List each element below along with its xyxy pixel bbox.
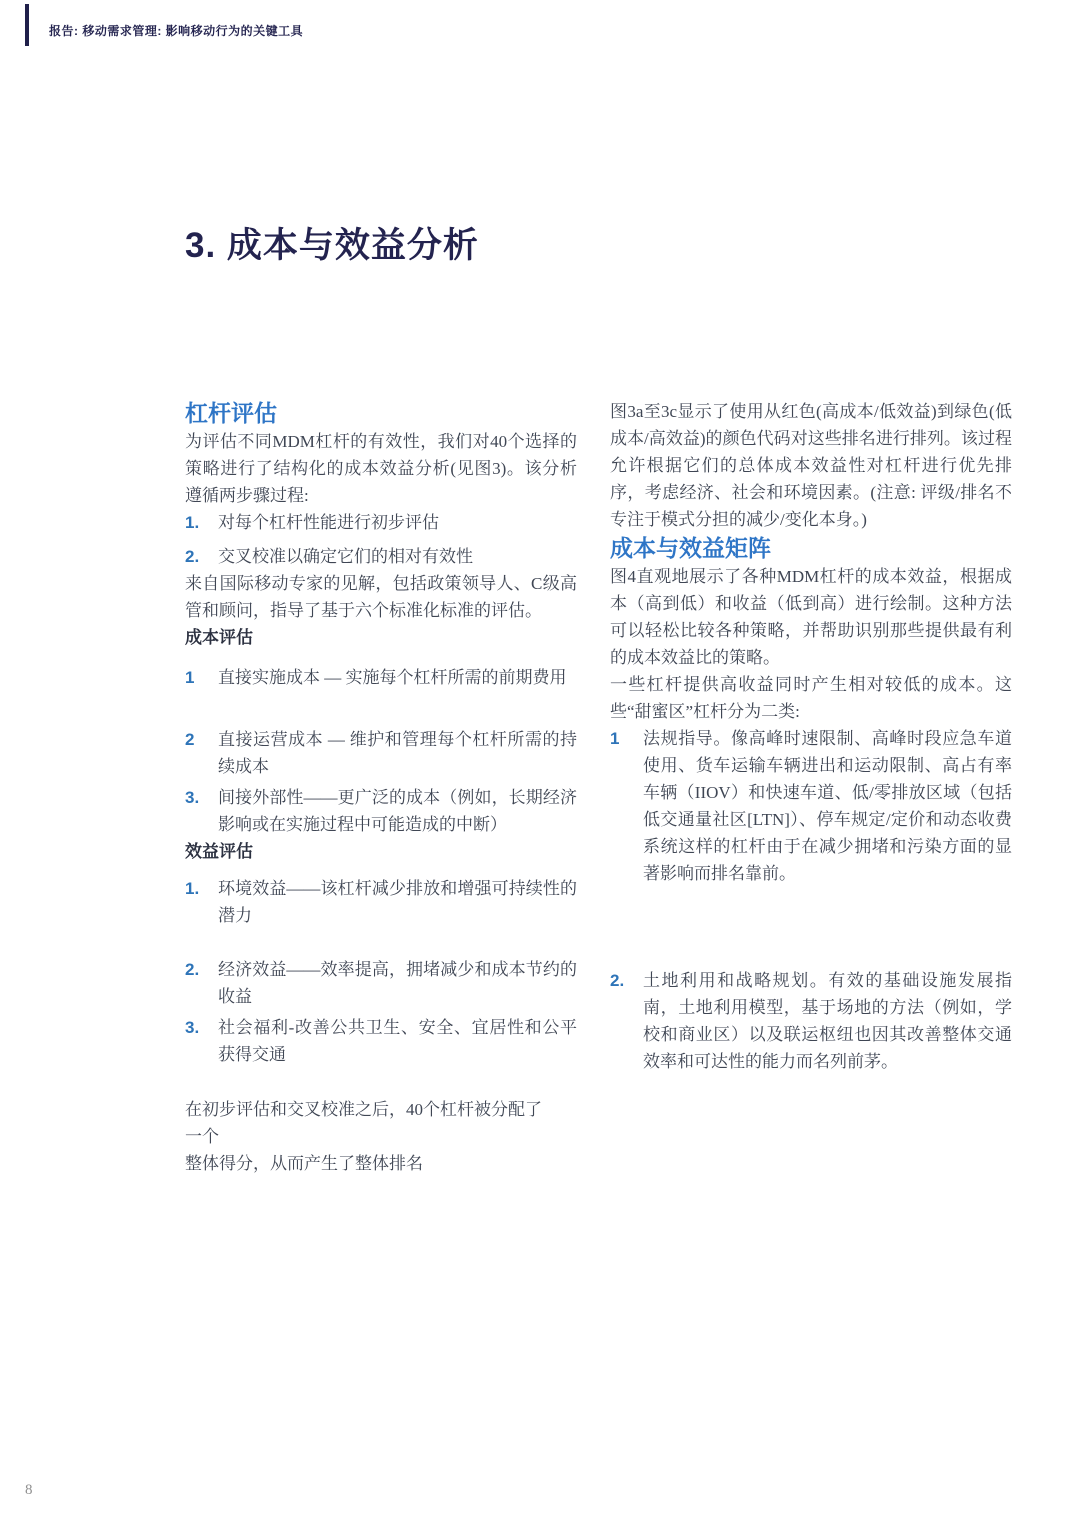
list-number: 2. <box>185 956 218 1010</box>
list-number: 2. <box>185 543 218 570</box>
list-item: 1 直接实施成本 — 实施每个杠杆所需的前期费用 <box>185 664 577 691</box>
closing-line: 整体得分，从而产生了整体排名 <box>185 1150 577 1177</box>
section-heading-lever-assessment: 杠杆评估 <box>185 398 577 428</box>
list-number: 2. <box>610 967 643 1075</box>
report-header-label: 报告: 移动需求管理: 影响移动行为的关键工具 <box>49 22 303 39</box>
closing-line: 在初步评估和交叉校准之后，40个杠杆被分配了 <box>185 1096 577 1123</box>
left-column: 杠杆评估 为评估不同MDM杠杆的有效性，我们对40个选择的策略进行了结构化的成本… <box>185 398 577 1177</box>
page-title: 3. 成本与效益分析 <box>185 218 479 268</box>
list-number: 1. <box>185 875 218 929</box>
list-text: 间接外部性——更广泛的成本（例如，长期经济影响或在实施过程中可能造成的中断） <box>218 784 577 838</box>
list-text: 对每个杠杆性能进行初步评估 <box>218 509 577 536</box>
list-item: 2. 经济效益——效率提高，拥堵减少和成本节约的收益 <box>185 956 577 1010</box>
list-number: 1. <box>185 509 218 536</box>
matrix-paragraph: 图4直观地展示了各种MDM杠杆的成本效益，根据成本（高到低）和收益（低到高）进行… <box>610 563 1012 671</box>
list-item: 3. 社会福利-改善公共卫生、安全、宜居性和公平获得交通 <box>185 1014 577 1068</box>
list-item: 1 法规指导。像高峰时速限制、高峰时段应急车道使用、货车运输车辆进出和运动限制、… <box>610 725 1012 887</box>
list-text: 社会福利-改善公共卫生、安全、宜居性和公平获得交通 <box>218 1014 577 1068</box>
expert-note-paragraph: 来自国际移动专家的见解，包括政策领导人、C级高管和顾问，指导了基于六个标准化标准… <box>185 570 577 624</box>
list-number: 1 <box>185 664 218 691</box>
list-number: 3. <box>185 1014 218 1068</box>
list-item: 2 直接运营成本 — 维护和管理每个杠杆所需的持续成本 <box>185 726 577 780</box>
list-number: 1 <box>610 725 643 887</box>
list-text: 法规指导。像高峰时速限制、高峰时段应急车道使用、货车运输车辆进出和运动限制、高占… <box>643 725 1012 887</box>
list-number: 3. <box>185 784 218 838</box>
subheading-cost-assessment: 成本评估 <box>185 624 577 651</box>
lever-steps-list: 1. 对每个杠杆性能进行初步评估 2. 交叉校准以确定它们的相对有效性 <box>185 509 577 570</box>
figure-ranking-paragraph: 图3a至3c显示了使用从红色(高成本/低效益)到绿色(低成本/高效益)的颜色代码… <box>610 398 1012 533</box>
list-item: 1. 对每个杠杆性能进行初步评估 <box>185 509 577 536</box>
sweet-spot-list: 1 法规指导。像高峰时速限制、高峰时段应急车道使用、货车运输车辆进出和运动限制、… <box>610 725 1012 1075</box>
list-text: 经济效益——效率提高，拥堵减少和成本节约的收益 <box>218 956 577 1010</box>
cost-assessment-list: 1 直接实施成本 — 实施每个杠杆所需的前期费用 2 直接运营成本 — 维护和管… <box>185 664 577 838</box>
document-page: 报告: 移动需求管理: 影响移动行为的关键工具 3. 成本与效益分析 杠杆评估 … <box>0 0 1080 1527</box>
subheading-benefit-assessment: 效益评估 <box>185 838 577 865</box>
right-column: 图3a至3c显示了使用从红色(高成本/低效益)到绿色(低成本/高效益)的颜色代码… <box>610 398 1012 1075</box>
list-number: 2 <box>185 726 218 780</box>
list-item: 2. 土地利用和战略规划。有效的基础设施发展指南，土地利用模型，基于场地的方法（… <box>610 967 1012 1075</box>
lever-intro-paragraph: 为评估不同MDM杠杆的有效性，我们对40个选择的策略进行了结构化的成本效益分析(… <box>185 428 577 509</box>
list-text: 交叉校准以确定它们的相对有效性 <box>218 543 577 570</box>
header-accent-bar <box>25 4 29 46</box>
list-text: 直接实施成本 — 实施每个杠杆所需的前期费用 <box>218 664 577 691</box>
sweet-spot-intro-paragraph: 一些杠杆提供高收益同时产生相对较低的成本。这些“甜蜜区”杠杆分为二类: <box>610 671 1012 725</box>
page-number: 8 <box>25 1482 33 1499</box>
closing-paragraph: 在初步评估和交叉校准之后，40个杠杆被分配了 一个 整体得分，从而产生了整体排名 <box>185 1096 577 1177</box>
closing-line: 一个 <box>185 1123 577 1150</box>
list-item: 3. 间接外部性——更广泛的成本（例如，长期经济影响或在实施过程中可能造成的中断… <box>185 784 577 838</box>
benefit-assessment-list: 1. 环境效益——该杠杆减少排放和增强可持续性的潜力 2. 经济效益——效率提高… <box>185 875 577 1068</box>
report-header: 报告: 移动需求管理: 影响移动行为的关键工具 <box>25 4 303 46</box>
list-text: 环境效益——该杠杆减少排放和增强可持续性的潜力 <box>218 875 577 929</box>
list-text: 土地利用和战略规划。有效的基础设施发展指南，土地利用模型，基于场地的方法（例如，… <box>643 967 1012 1075</box>
section-heading-cost-benefit-matrix: 成本与效益矩阵 <box>610 533 1012 563</box>
list-item: 2. 交叉校准以确定它们的相对有效性 <box>185 543 577 570</box>
list-text: 直接运营成本 — 维护和管理每个杠杆所需的持续成本 <box>218 726 577 780</box>
list-item: 1. 环境效益——该杠杆减少排放和增强可持续性的潜力 <box>185 875 577 929</box>
